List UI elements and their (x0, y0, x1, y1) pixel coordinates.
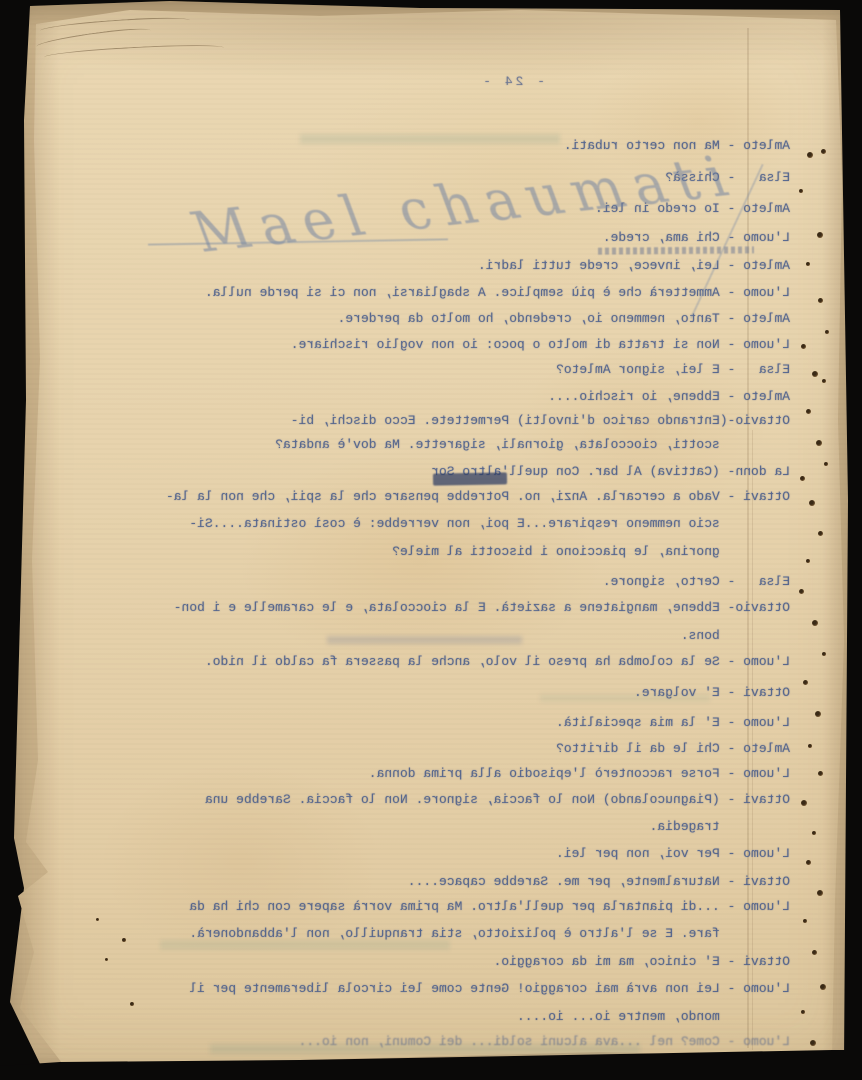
wormhole-icon (130, 1002, 134, 1006)
wormhole-icon (809, 500, 815, 506)
typed-line: Elsa - Certo, signore. (603, 575, 790, 589)
typed-line: scio nemmeno respirare...E poi, non verr… (189, 517, 790, 531)
wormhole-icon (817, 232, 823, 238)
typed-line: fare. E se l'altro è poliziotto, stia tr… (189, 927, 790, 941)
typed-line: Ottavio- Ebbene, mangiatene a sazietà. E… (174, 601, 790, 615)
wormhole-icon (812, 371, 818, 377)
typed-line: L'uomo - Non si tratta di molto o poco: … (291, 338, 790, 352)
typed-line: L'uomo - Lei non avrà mai coraggio! Gent… (189, 982, 790, 996)
typed-line: Amleto - Ebbene, io rischio.... (548, 390, 790, 404)
typed-line: L'uomo - Per voi, non per lei. (556, 847, 790, 861)
wormhole-icon (799, 189, 803, 193)
wormhole-icon (801, 344, 806, 349)
typed-strikethrough-mark (598, 246, 754, 254)
wormhole-icon (808, 744, 812, 748)
typed-line: L'uomo - E' la mia specialità. (556, 716, 790, 730)
wormhole-icon (817, 890, 823, 896)
wormhole-icon (818, 298, 823, 303)
wormhole-icon (824, 462, 828, 466)
wormhole-icon (122, 938, 126, 942)
wormhole-icon (812, 950, 817, 955)
wormhole-icon (806, 860, 811, 865)
wormhole-icon (803, 680, 808, 685)
wormhole-icon (801, 800, 807, 806)
typed-line: Ottavi - Naturalmente, per me. Sarebbe c… (408, 875, 790, 889)
wormhole-icon (821, 149, 826, 154)
wormhole-icon (799, 589, 804, 594)
wormhole-icon (803, 919, 807, 923)
wormhole-icon (800, 476, 805, 481)
typed-line: bons. (681, 629, 790, 643)
typed-line: Ottavi - (Piagnucolando) Non lo faccia, … (205, 793, 790, 807)
wormhole-icon (822, 379, 826, 383)
wormhole-icon (818, 531, 823, 536)
wormhole-icon (818, 771, 823, 776)
typed-line: Ottavio-(Entrando carico d'involti) Perm… (291, 414, 790, 428)
wormhole-icon (96, 918, 99, 921)
typed-line: L'uomo - Se la colomba ha preso il volo,… (205, 655, 790, 669)
typed-line: gnorina, le piacciono i biscotti al miel… (392, 545, 790, 559)
wormhole-icon (806, 409, 811, 414)
wormhole-icon (105, 958, 108, 961)
typed-line: mondo, mentre io... io.... (517, 1010, 790, 1024)
typed-line: L'uomo - Come? nel ...ava alcuni soldi..… (299, 1035, 790, 1049)
typed-line: Ottavi - E' volgare. (634, 686, 790, 700)
wormhole-icon (801, 1010, 805, 1014)
typed-line: L'uomo - ...di piantarla per quell'altro… (189, 900, 790, 914)
typed-line: scotti, cioccolata, giornali, sigarette.… (275, 438, 790, 452)
typed-line: Elsa - E lei, signor Amleto? (556, 363, 790, 377)
scanned-document-page: - 24 - Amleto - Ma non certo rubati.Elsa… (0, 0, 862, 1080)
typed-line: Ottavi - Vado a cercarla. Anzi, no. Potr… (166, 490, 790, 504)
wormhole-icon (812, 831, 816, 835)
typed-line: L'uomo - Chi ama, crede. (603, 231, 790, 245)
typed-line: Amleto - Chi le da il diritto? (556, 742, 790, 756)
typed-line: Amleto - Tanto, nemmeno io, credendo, ho… (338, 312, 790, 326)
wormhole-icon (806, 262, 810, 266)
wormhole-icon (806, 559, 810, 563)
mirrored-typed-text-layer: - 24 - Amleto - Ma non certo rubati.Elsa… (0, 0, 862, 1080)
typed-line: tragedia. (650, 820, 790, 834)
typed-line: L'uomo - Forse racconterò l'episodio all… (369, 767, 790, 781)
wormhole-icon (822, 652, 826, 656)
wormhole-icon (812, 620, 818, 626)
wormhole-icon (825, 330, 829, 334)
page-number: - 24 - (480, 74, 545, 89)
wormhole-icon (815, 711, 821, 717)
typed-line: Amleto - Lei, invece, crede tutti ladri. (478, 259, 790, 273)
wormhole-icon (807, 152, 813, 158)
wormhole-icon (820, 984, 826, 990)
wormhole-icon (810, 1040, 816, 1046)
typed-line: Ottavi - E' cinico, ma mi da coraggio. (494, 955, 790, 969)
wormhole-icon (816, 440, 822, 446)
struck-out-word-blot (433, 472, 507, 485)
